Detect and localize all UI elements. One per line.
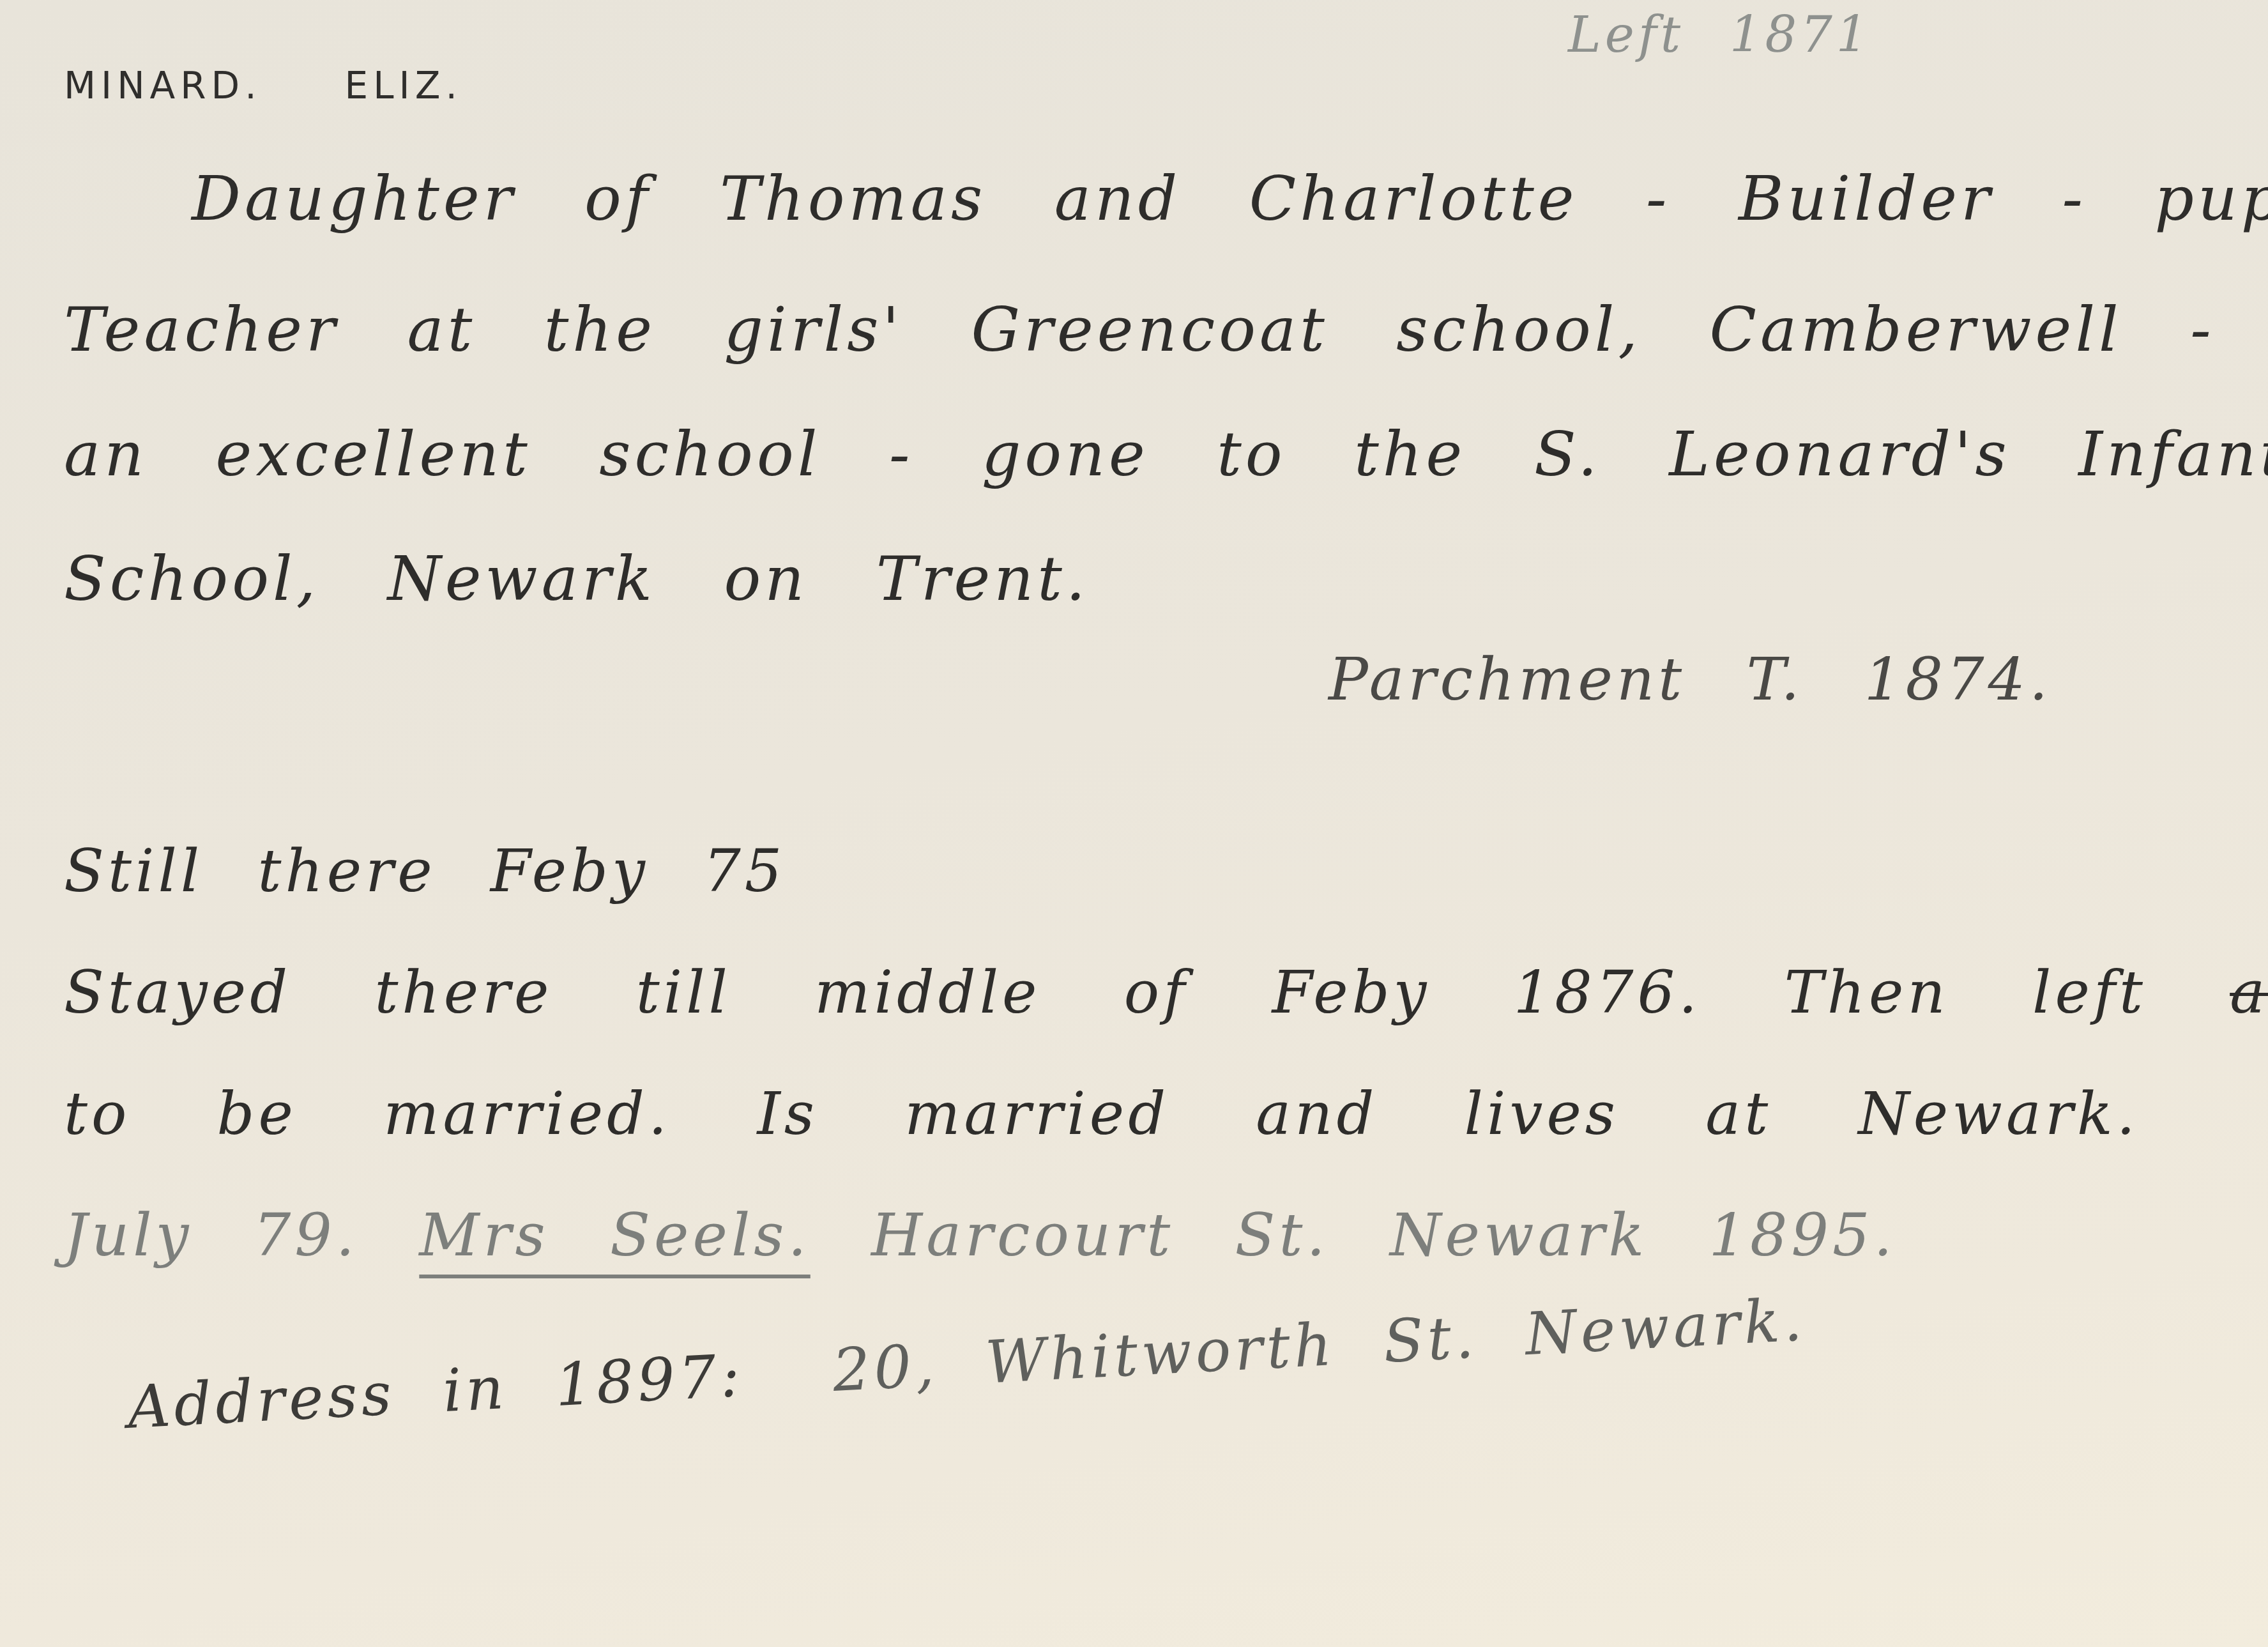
- married-name: Mrs Seels.: [419, 1201, 810, 1269]
- status-line-1876: Stayed there till middle of Feby 1876. T…: [64, 958, 2268, 1027]
- status-line-1875: Still there Feby 75: [64, 837, 786, 905]
- paragraph1-line1: Daughter of Thomas and Charlotte - Build…: [192, 163, 2268, 234]
- date-july-79: July 79.: [64, 1201, 358, 1269]
- married-name-line: July 79. Mrs Seels. Harcourt St. Newark …: [64, 1201, 1896, 1269]
- paragraph1-line4: School, Newark on Trent.: [64, 543, 1089, 615]
- struck-out-word: about: [2230, 958, 2268, 1027]
- paragraph1-line2: Teacher at the girls' Greencoat school, …: [64, 294, 2215, 365]
- address-value: 20, Whitworth St. Newark.: [831, 1285, 1808, 1405]
- departure-text: Stayed there till middle of Feby 1876. T…: [64, 958, 2147, 1027]
- given-name: ELIZ.: [345, 64, 462, 107]
- surname: MINARD.: [64, 64, 262, 107]
- paragraph1-line3: an excellent school - gone to the S. Leo…: [64, 418, 2268, 490]
- certificate-note: Parchment T. 1874.: [1328, 645, 2051, 714]
- entry-header: MINARD.ELIZ.: [64, 64, 462, 107]
- address-1895: Harcourt St. Newark 1895.: [871, 1201, 1896, 1269]
- marriage-line: to be married. Is married and lives at N…: [64, 1080, 2139, 1148]
- margin-note-left-date: Left 1871: [1568, 6, 1871, 64]
- register-page: MINARD.ELIZ. Left 1871 Daughter of Thoma…: [0, 0, 2268, 1647]
- address-1897-line: Address in 1897:20, Whitworth St. Newark…: [126, 1285, 1808, 1442]
- address-label: Address in 1897:: [126, 1342, 745, 1442]
